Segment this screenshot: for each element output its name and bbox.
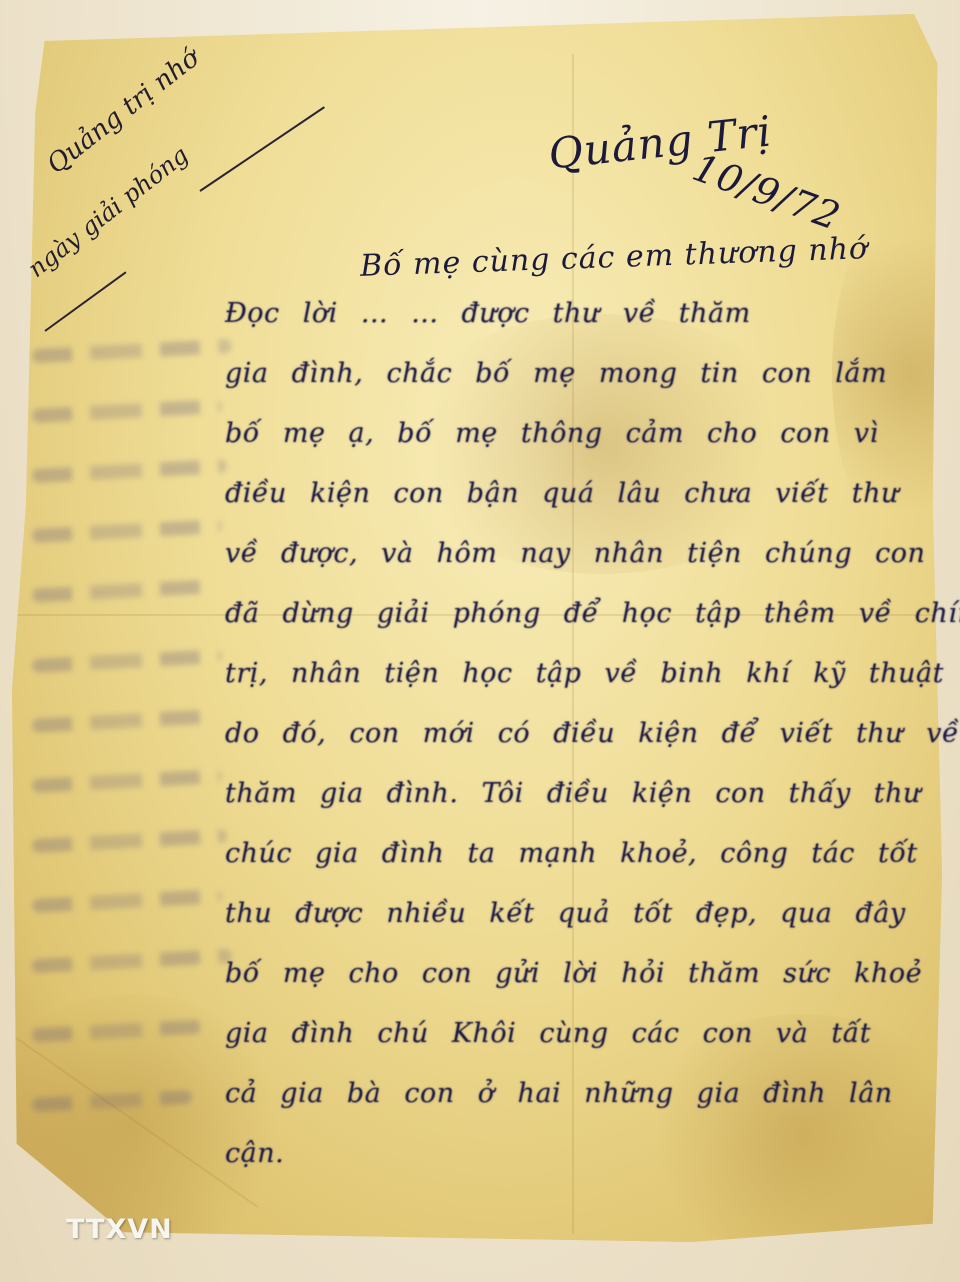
letter-body-line: gia đình, chắc bố mẹ mong tin con lắm <box>225 358 945 389</box>
bleed-through-text <box>32 1090 193 1112</box>
letter-body-line: gia đình chú Khôi cùng các con và tất <box>225 1018 945 1049</box>
ttxvn-watermark: TTXVN <box>66 1214 173 1245</box>
fold-line <box>572 54 574 1234</box>
letter-body-line: do đó, con mới có điều kiện để viết thư … <box>225 718 945 749</box>
bleed-through-text <box>32 459 227 483</box>
bleed-through-text <box>32 949 232 973</box>
letter-body-line: bố mẹ cho con gửi lời hỏi thăm sức khoẻ <box>225 958 945 989</box>
bleed-through-text <box>32 579 212 602</box>
bleed-through-text <box>32 769 222 793</box>
letter-body-line: trị, nhân tiện học tập về binh khí kỹ th… <box>225 658 945 689</box>
letter-body-line: thăm gia đình. Tôi điều kiện con thấy th… <box>225 778 945 809</box>
bleed-through-text <box>32 339 232 363</box>
bleed-through-text <box>32 399 222 423</box>
letter-body-line: Đọc lời ... ... được thư về thăm <box>225 298 945 329</box>
bleed-through-text <box>32 519 222 543</box>
bleed-through-text <box>32 1020 202 1043</box>
letter-body-line: đã dừng giải phóng để học tập thêm về ch… <box>225 598 945 629</box>
letter-body-line: chúc gia đình ta mạnh khoẻ, công tác tốt <box>225 838 945 869</box>
letter-body-line: cận. <box>225 1138 945 1169</box>
letter-body-line: bố mẹ ạ, bố mẹ thông cảm cho con vì <box>225 418 945 449</box>
letter-body-line: thu được nhiều kết quả tốt đẹp, qua đây <box>225 898 945 929</box>
bleed-through-text <box>32 889 222 913</box>
bleed-through-text <box>32 649 222 673</box>
letter-body-line: về được, và hôm nay nhân tiện chúng con <box>225 538 945 569</box>
bleed-through-text <box>32 709 217 733</box>
stain <box>632 1014 960 1254</box>
bleed-through-text <box>32 829 227 853</box>
letter-body-line: cả gia bà con ở hai những gia đình lân <box>225 1078 945 1109</box>
letter-body-line: điều kiện con bận quá lâu chưa viết thư <box>225 478 945 509</box>
